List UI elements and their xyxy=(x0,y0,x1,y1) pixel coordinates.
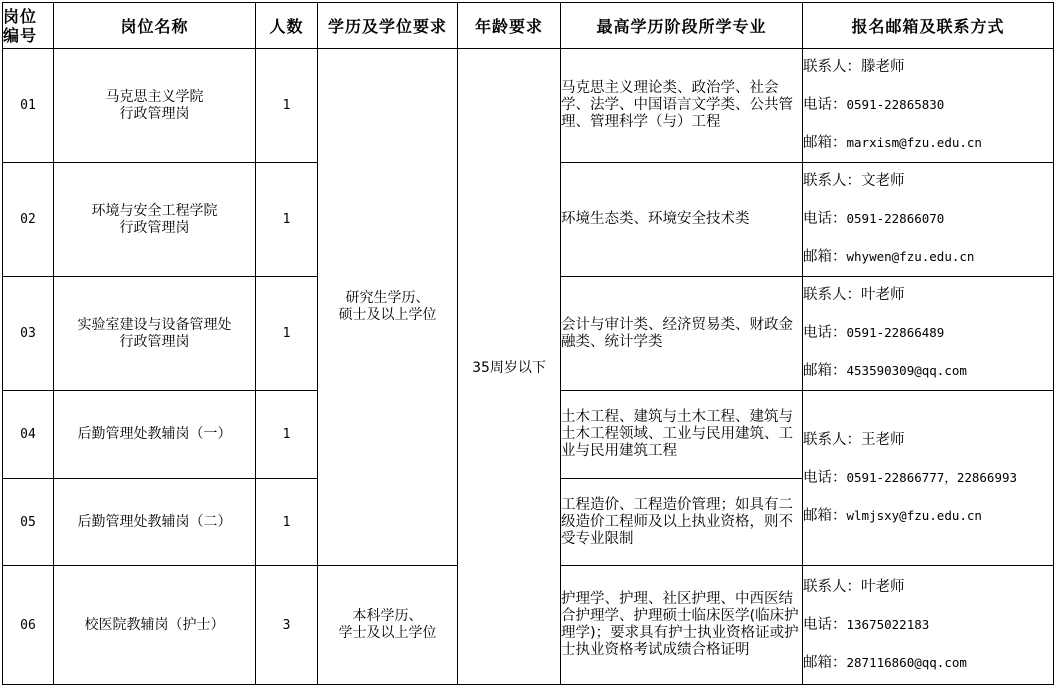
position-name: 校医院教辅岗（护士） xyxy=(54,566,256,685)
contact-person: 联系人：王老师 xyxy=(803,422,1053,459)
position-name-line2: 行政管理岗 xyxy=(54,220,255,237)
header-age: 年龄要求 xyxy=(458,3,561,49)
phone-label: 电话： xyxy=(803,211,847,227)
major-requirement: 护理学、护理、社区护理、中西医结合护理学、护理硕士临床医学(临床护理学)；要求具… xyxy=(561,566,803,685)
position-count: 1 xyxy=(256,163,318,277)
position-name: 环境与安全工程学院 行政管理岗 xyxy=(54,163,256,277)
email-label: 邮箱： xyxy=(803,508,847,524)
contact-email: 邮箱：453590309@qq.com xyxy=(803,352,1053,390)
position-name: 实验室建设与设备管理处 行政管理岗 xyxy=(54,277,256,391)
major-requirement: 工程造价、工程造价管理；如具有二级造价工程师及以上执业资格，则不受专业限制 xyxy=(561,479,803,566)
contact-phone: 电话：0591-22866489 xyxy=(803,314,1053,352)
position-name: 马克思主义学院 行政管理岗 xyxy=(54,49,256,163)
email-label: 邮箱： xyxy=(803,363,847,379)
major-requirement: 会计与审计类、经济贸易类、财政金融类、统计学类 xyxy=(561,277,803,391)
phone-label: 电话： xyxy=(803,97,847,113)
phone-value: 0591-22865830 xyxy=(847,97,945,112)
header-position-name: 岗位名称 xyxy=(54,3,256,49)
position-id: 02 xyxy=(3,163,54,277)
contact-phone: 电话：13675022183 xyxy=(803,606,1053,644)
position-name-line1: 后勤管理处教辅岗（一） xyxy=(54,426,255,443)
email-link[interactable]: wlmjsxy@fzu.edu.cn xyxy=(847,508,982,523)
education-requirement-undergraduate: 本科学历、 学士及以上学位 xyxy=(318,566,458,685)
phone-value: 0591-22866777，22866993 xyxy=(847,470,1018,485)
position-id: 01 xyxy=(3,49,54,163)
email-link[interactable]: marxism@fzu.edu.cn xyxy=(847,135,982,150)
contact-person: 联系人：文老师 xyxy=(803,163,1053,200)
header-position-id: 岗位 编号 xyxy=(3,3,54,49)
phone-label: 电话： xyxy=(803,325,847,341)
header-id-line2: 编号 xyxy=(3,26,53,45)
position-id: 03 xyxy=(3,277,54,391)
position-id: 06 xyxy=(3,566,54,685)
position-name-line1: 后勤管理处教辅岗（二） xyxy=(54,514,255,531)
email-link[interactable]: 453590309@qq.com xyxy=(847,363,967,378)
major-requirement: 土木工程、建筑与土木工程、建筑与土木工程领域、工业与民用建筑、工业与民用建筑工程 xyxy=(561,391,803,479)
education-line2: 学士及以上学位 xyxy=(318,625,457,642)
education-requirement-graduate: 研究生学历、 硕士及以上学位 xyxy=(318,49,458,566)
contact-person: 联系人：叶老师 xyxy=(803,569,1053,606)
position-name-line1: 实验室建设与设备管理处 xyxy=(54,317,255,334)
email-label: 邮箱： xyxy=(803,135,847,151)
contact-person: 联系人：叶老师 xyxy=(803,277,1053,314)
contact-phone: 电话：0591-22865830 xyxy=(803,86,1053,124)
contact-email: 邮箱：wlmjsxy@fzu.edu.cn xyxy=(803,497,1053,535)
contact-phone: 电话：0591-22866070 xyxy=(803,200,1053,238)
position-name-line2: 行政管理岗 xyxy=(54,334,255,351)
phone-label: 电话： xyxy=(803,470,847,486)
header-count: 人数 xyxy=(256,3,318,49)
major-requirement: 环境生态类、环境安全技术类 xyxy=(561,163,803,277)
contact-email: 邮箱：287116860@qq.com xyxy=(803,644,1053,682)
education-line1: 研究生学历、 xyxy=(318,290,457,307)
position-id: 05 xyxy=(3,479,54,566)
header-education: 学历及学位要求 xyxy=(318,3,458,49)
contact-person: 联系人：滕老师 xyxy=(803,49,1053,86)
header-id-line1: 岗位 xyxy=(3,7,53,26)
contact-info: 联系人：滕老师 电话：0591-22865830 邮箱：marxism@fzu.… xyxy=(803,49,1054,163)
position-count: 1 xyxy=(256,391,318,479)
table-row: 01 马克思主义学院 行政管理岗 1 研究生学历、 硕士及以上学位 35周岁以下… xyxy=(3,49,1054,163)
phone-value: 0591-22866489 xyxy=(847,325,945,340)
phone-value: 0591-22866070 xyxy=(847,211,945,226)
contact-email: 邮箱：marxism@fzu.edu.cn xyxy=(803,124,1053,162)
email-label: 邮箱： xyxy=(803,249,847,265)
email-label: 邮箱： xyxy=(803,655,847,671)
position-name-line1: 环境与安全工程学院 xyxy=(54,203,255,220)
contact-phone: 电话：0591-22866777，22866993 xyxy=(803,459,1053,497)
position-name-line2: 行政管理岗 xyxy=(54,106,255,123)
age-requirement: 35周岁以下 xyxy=(458,49,561,685)
contact-email: 邮箱：whywen@fzu.edu.cn xyxy=(803,238,1053,276)
position-name-line1: 校医院教辅岗（护士） xyxy=(54,617,255,634)
position-count: 1 xyxy=(256,49,318,163)
contact-info: 联系人：叶老师 电话：0591-22866489 邮箱：453590309@qq… xyxy=(803,277,1054,391)
position-count: 1 xyxy=(256,277,318,391)
position-name: 后勤管理处教辅岗（二） xyxy=(54,479,256,566)
contact-info: 联系人：文老师 电话：0591-22866070 邮箱：whywen@fzu.e… xyxy=(803,163,1054,277)
position-name-line1: 马克思主义学院 xyxy=(54,89,255,106)
position-name: 后勤管理处教辅岗（一） xyxy=(54,391,256,479)
major-requirement: 马克思主义理论类、政治学、社会学、法学、中国语言文学类、公共管理、管理科学（与）… xyxy=(561,49,803,163)
phone-value: 13675022183 xyxy=(847,617,930,632)
position-id: 04 xyxy=(3,391,54,479)
header-contact: 报名邮箱及联系方式 xyxy=(803,3,1054,49)
position-count: 1 xyxy=(256,479,318,566)
recruitment-table: 岗位 编号 岗位名称 人数 学历及学位要求 年龄要求 最高学历阶段所学专业 报名… xyxy=(2,2,1054,685)
contact-info: 联系人：叶老师 电话：13675022183 邮箱：287116860@qq.c… xyxy=(803,566,1054,685)
email-link[interactable]: whywen@fzu.edu.cn xyxy=(847,249,975,264)
header-row: 岗位 编号 岗位名称 人数 学历及学位要求 年龄要求 最高学历阶段所学专业 报名… xyxy=(3,3,1054,49)
phone-label: 电话： xyxy=(803,617,847,633)
contact-info: 联系人：王老师 电话：0591-22866777，22866993 邮箱：wlm… xyxy=(803,391,1054,566)
header-major: 最高学历阶段所学专业 xyxy=(561,3,803,49)
education-line1: 本科学历、 xyxy=(318,608,457,625)
position-count: 3 xyxy=(256,566,318,685)
education-line2: 硕士及以上学位 xyxy=(318,307,457,324)
email-link[interactable]: 287116860@qq.com xyxy=(847,655,967,670)
